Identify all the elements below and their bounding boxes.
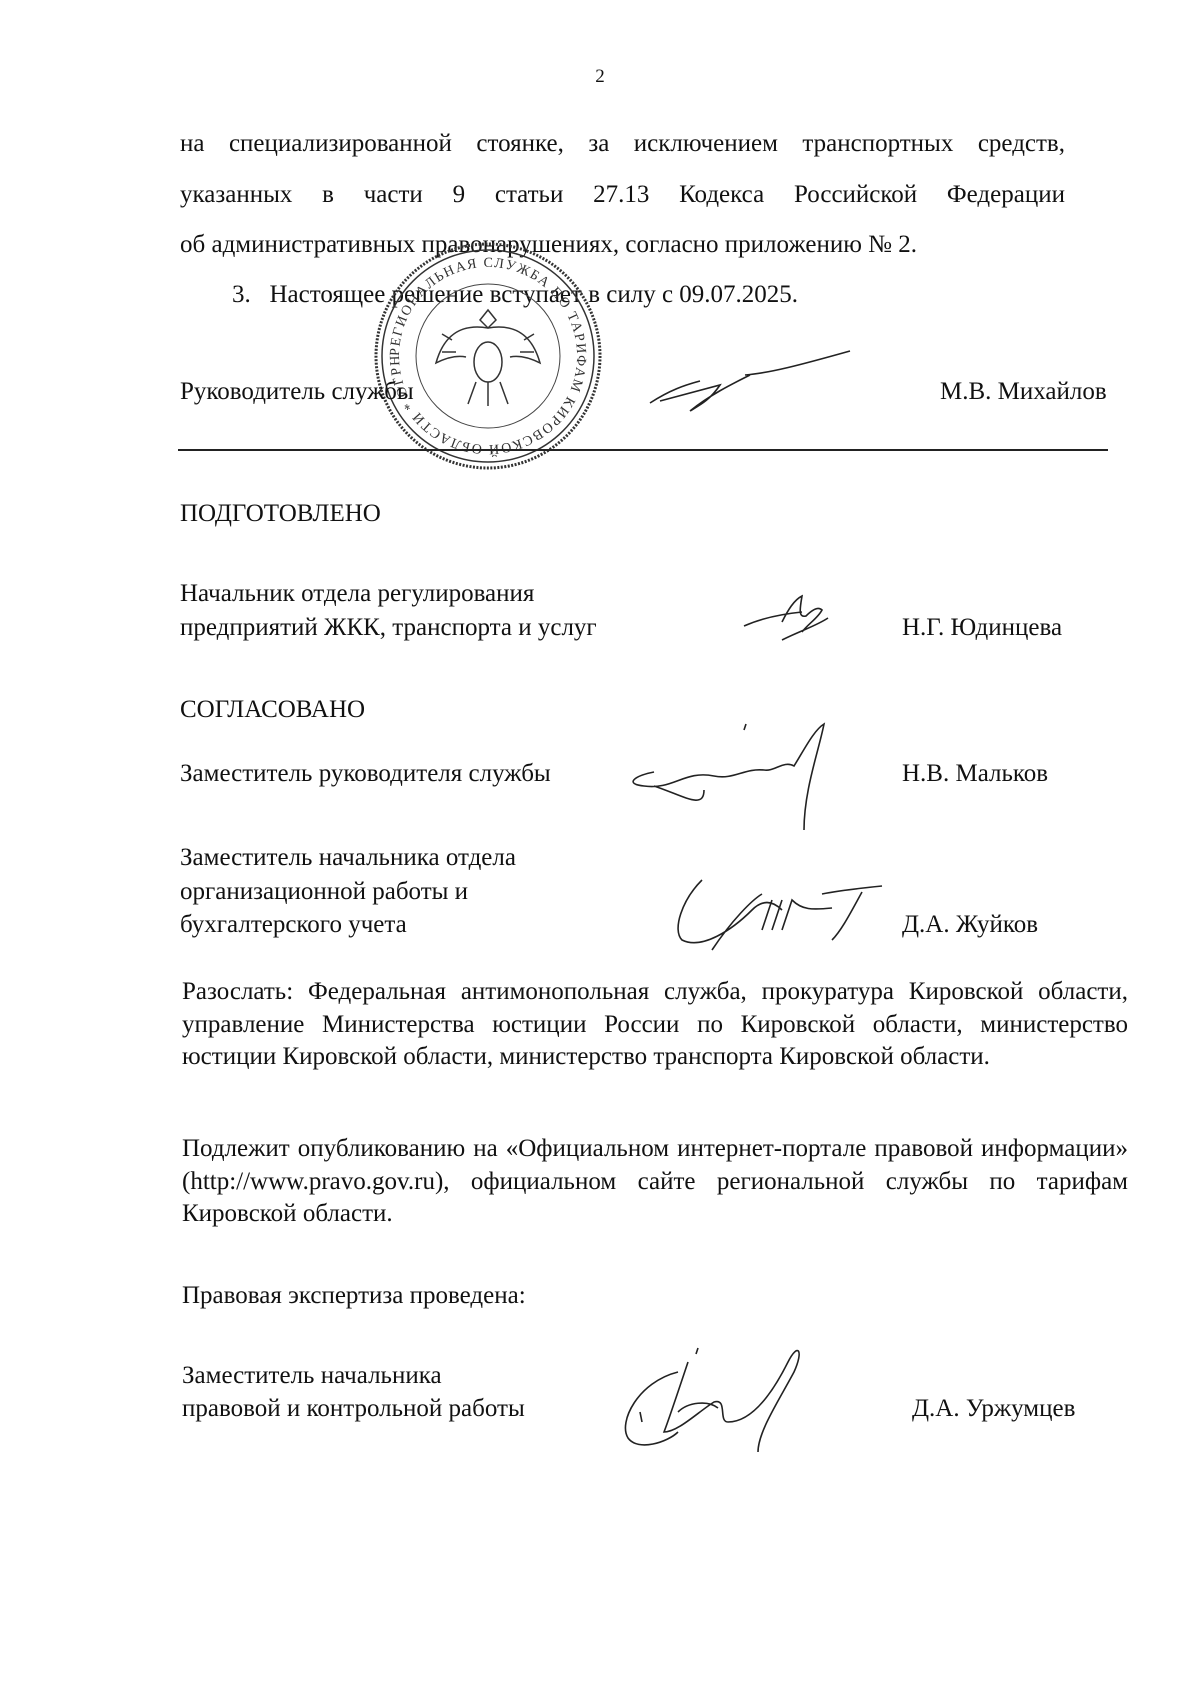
signature-icon	[742, 588, 852, 648]
agreed-heading: СОГЛАСОВАНО	[180, 696, 365, 724]
agreed-2-position-line-1: Заместитель начальника отдела	[180, 844, 516, 872]
head-position: Руководитель службы	[180, 378, 414, 406]
prepared-heading: ПОДГОТОВЛЕНО	[180, 500, 381, 528]
svg-text:РЕГИОНАЛЬНАЯ СЛУЖБА ПО ТАРИФАМ: РЕГИОНАЛЬНАЯ СЛУЖБА ПО ТАРИФАМ КИРОВСКОЙ…	[372, 240, 588, 458]
head-name: М.В. Михайлов	[940, 378, 1107, 406]
continuation-line-2: указанных в части 9 статьи 27.13 Кодекса…	[180, 181, 1065, 209]
agreed-2-name: Д.А. Жуйков	[902, 911, 1038, 939]
prepared-position-line-1: Начальник отдела регулирования	[180, 580, 534, 608]
head-signature	[640, 345, 860, 420]
legal-review-signature	[618, 1342, 818, 1467]
agreed-1-position: Заместитель руководителя службы	[180, 760, 551, 788]
continuation-line-1: на специализированной стоянке, за исключ…	[180, 130, 1065, 158]
agreed-1-signature	[614, 720, 854, 845]
agreed-2-position-line-2: организационной работы и	[180, 878, 468, 906]
legal-review-name: Д.А. Уржумцев	[912, 1395, 1075, 1423]
prepared-name: Н.Г. Юдинцева	[902, 614, 1062, 642]
legal-review-position-line-2: правовой и контрольной работы	[182, 1395, 525, 1423]
prepared-position-line-2: предприятий ЖКК, транспорта и услуг	[180, 614, 597, 642]
seal-emblem-icon: РЕГИОНАЛЬНАЯ СЛУЖБА ПО ТАРИФАМ КИРОВСКОЙ…	[372, 240, 604, 472]
signature-icon	[618, 1342, 818, 1462]
publication-paragraph: Подлежит опубликованию на «Официальном и…	[182, 1133, 1128, 1231]
legal-review-position-line-1: Заместитель начальника	[182, 1362, 442, 1390]
agreed-1-name: Н.В. Мальков	[902, 760, 1048, 788]
signature-icon	[614, 720, 854, 840]
agreed-2-position-line-3: бухгалтерского учета	[180, 911, 407, 939]
page-number: 2	[0, 66, 1200, 88]
agreed-2-signature	[672, 870, 912, 965]
prepared-signature	[742, 588, 852, 653]
official-seal: РЕГИОНАЛЬНАЯ СЛУЖБА ПО ТАРИФАМ КИРОВСКОЙ…	[372, 240, 604, 472]
legal-review-heading: Правовая экспертиза проведена:	[182, 1282, 526, 1310]
distribution-paragraph: Разослать: Федеральная антимонопольная с…	[182, 976, 1128, 1074]
divider-line	[178, 449, 1108, 451]
signature-icon	[640, 345, 860, 415]
signature-icon	[672, 870, 912, 960]
